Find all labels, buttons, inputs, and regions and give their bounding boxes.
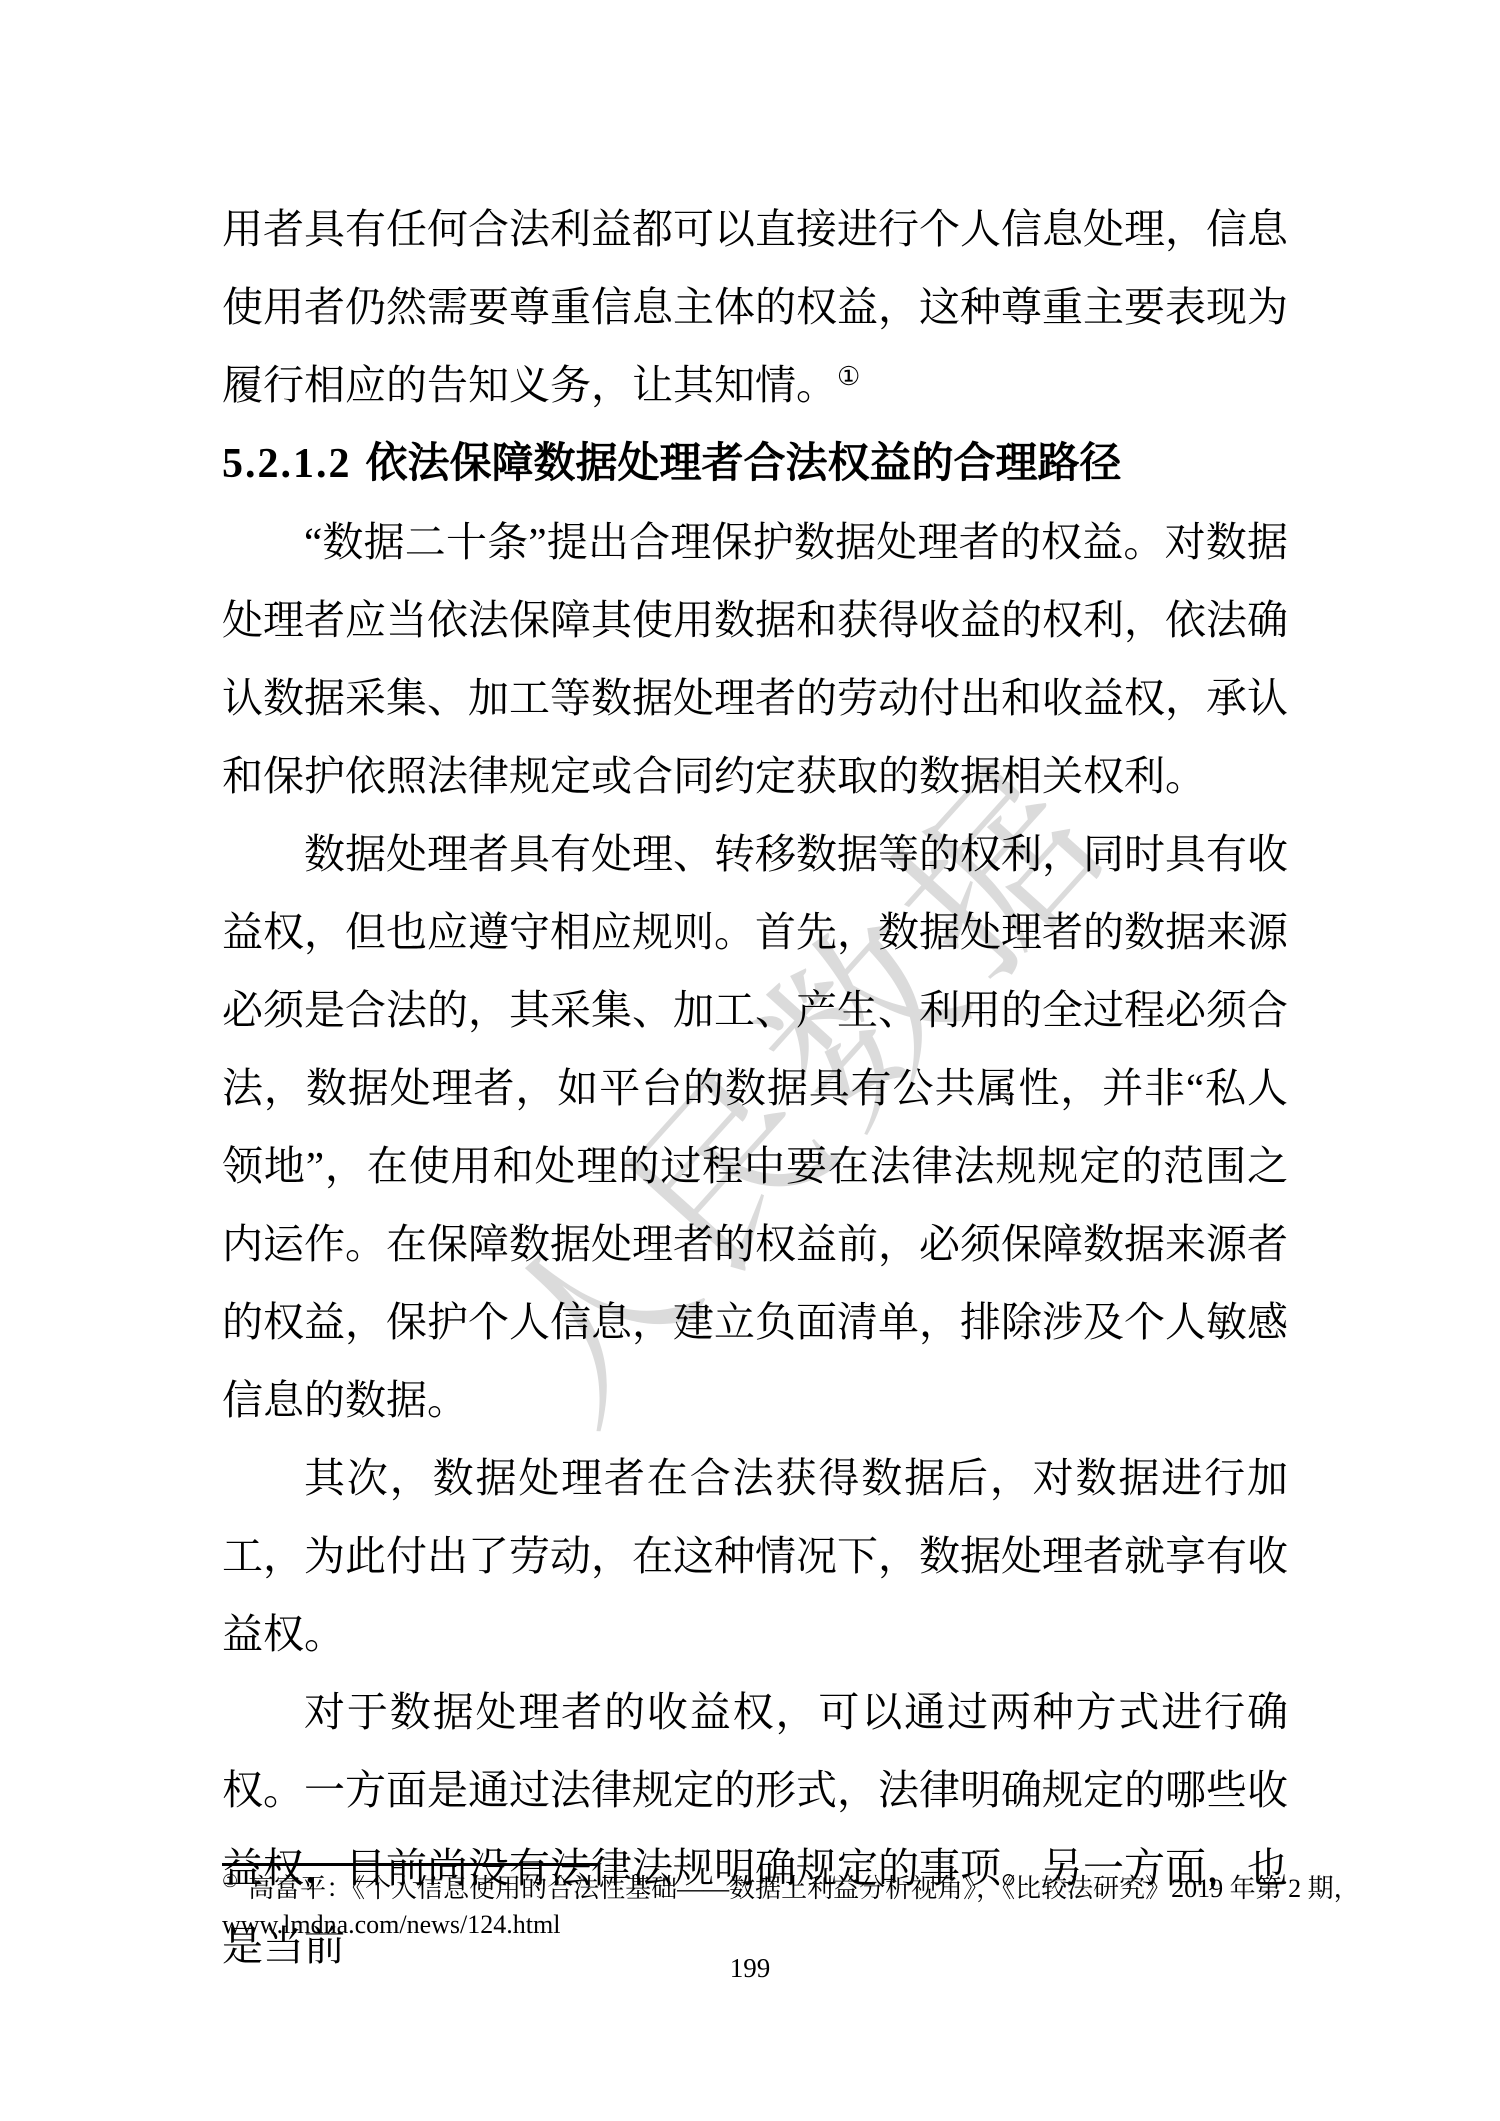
paragraph-continuation-text: 用者具有任何合法利益都可以直接进行个人信息处理，信息使用者仍然需要尊重信息主体的…	[222, 206, 1288, 408]
paragraph: 其次，数据处理者在合法获得数据后，对数据进行加工，为此付出了劳动，在这种情况下，…	[222, 1439, 1288, 1673]
paragraph: 数据处理者具有处理、转移数据等的权利，同时具有收益权，但也应遵守相应规则。首先，…	[222, 815, 1288, 1439]
paragraph: “数据二十条”提出合理保护数据处理者的权益。对数据处理者应当依法保障其使用数据和…	[222, 503, 1288, 815]
section-heading-number: 5.2.1.2	[222, 441, 366, 487]
footnote-text: 高富平：《个人信息使用的合法性基础——数据上利益分析视角》，《比较法研究》201…	[248, 1874, 1360, 1903]
page-number: 199	[0, 1952, 1500, 1984]
page-body: 用者具有任何合法利益都可以直接进行个人信息处理，信息使用者仍然需要尊重信息主体的…	[222, 190, 1288, 1985]
footnote-reference-mark: ①	[837, 362, 860, 391]
document-page: 人民数据 用者具有任何合法利益都可以直接进行个人信息处理，信息使用者仍然需要尊重…	[0, 0, 1500, 2121]
section-heading: 5.2.1.2依法保障数据处理者合法权益的合理路径	[222, 424, 1288, 503]
footnote-marker: ①	[222, 1871, 248, 1891]
section-heading-title: 依法保障数据处理者合法权益的合理路径	[366, 439, 1122, 486]
footnote-separator-rule	[222, 1863, 600, 1866]
footnote-url: www.lmdna.com/news/124.html	[222, 1910, 560, 1939]
paragraph-continuation: 用者具有任何合法利益都可以直接进行个人信息处理，信息使用者仍然需要尊重信息主体的…	[222, 190, 1288, 424]
footnote: ①高富平：《个人信息使用的合法性基础——数据上利益分析视角》，《比较法研究》20…	[222, 1871, 1372, 1943]
